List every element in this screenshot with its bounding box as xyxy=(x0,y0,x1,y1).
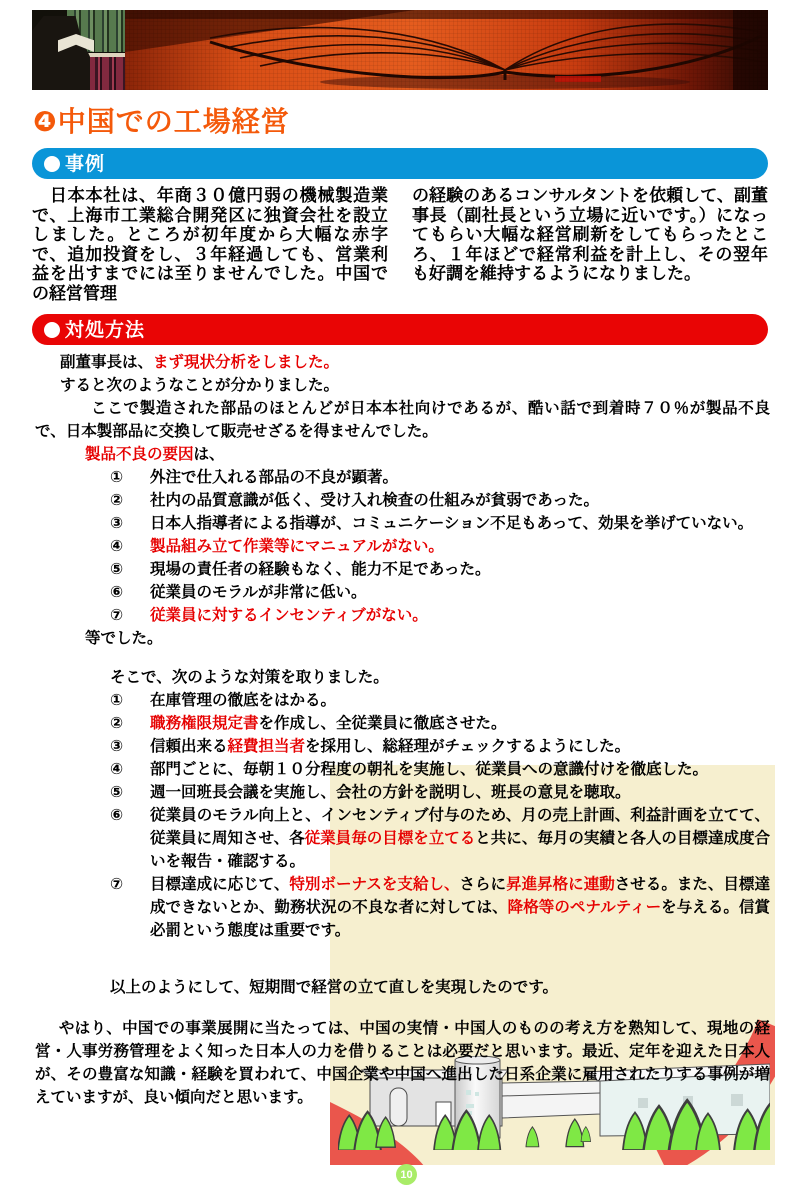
page-title: ❹中国での工場経営 xyxy=(33,100,290,140)
library-photo xyxy=(32,10,125,90)
text-run: 社内の品質意識が低く、受け入れ検査の仕組みが貧弱であった。 xyxy=(150,489,770,512)
item-number: ⑤ xyxy=(110,781,150,804)
list-item: ②社内の品質意識が低く、受け入れ検査の仕組みが貧弱であった。 xyxy=(110,489,770,512)
paragraph: 以上のようにして、短期間で経営の立て直しを実現したのです。 xyxy=(110,976,770,999)
paragraph: そこで、次のような対策を取りました。 xyxy=(110,666,770,689)
text-run: 職務権限規定書を作成し、全従業員に徹底させた。 xyxy=(150,712,770,735)
item-number: ① xyxy=(110,689,150,712)
list-item: ⑥従業員のモラルが非常に低い。 xyxy=(110,581,770,604)
text-run: 以上のようにして、短期間で経営の立て直しを実現したのです。 xyxy=(110,979,558,996)
header-banner-image xyxy=(32,10,768,90)
item-number: ⑥ xyxy=(110,804,150,873)
case-text-columns: 日本本社は、年商３０億円弱の機械製造業で、上海市工業総合開発区に独資会社を設立し… xyxy=(32,186,768,303)
list-item: ①在庫管理の徹底をはかる。 xyxy=(110,689,770,712)
text-run: 現場の責任者の経験もなく、能力不足であった。 xyxy=(150,558,770,581)
item-number: ⑦ xyxy=(110,873,150,942)
page-number-badge: 10 xyxy=(396,1164,417,1185)
paragraph: 製品不良の要因は、 xyxy=(85,443,770,466)
paragraph: ここで製造された部品のほとんどが日本本社向けであるが、酷い話で到着時７０％が製品… xyxy=(35,397,770,443)
item-number: ⑥ xyxy=(110,581,150,604)
case-section-banner: 事例 xyxy=(32,148,768,179)
item-number: ④ xyxy=(110,758,150,781)
case-banner-label: 事例 xyxy=(65,149,105,178)
text-run: 製品不良の要因は、 xyxy=(85,446,225,463)
text-run: 部門ごとに、毎朝１０分程度の朝礼を実施し、従業員への意識付けを徹底した。 xyxy=(150,758,770,781)
measures-banner-label: 対処方法 xyxy=(65,315,145,344)
item-number: ② xyxy=(110,712,150,735)
item-number: ⑤ xyxy=(110,558,150,581)
list-item: ④製品組み立て作業等にマニュアルがない。 xyxy=(110,535,770,558)
list-item: ④部門ごとに、毎朝１０分程度の朝礼を実施し、従業員への意識付けを徹底した。 xyxy=(110,758,770,781)
item-number: ② xyxy=(110,489,150,512)
text-run: 従業員のモラル向上と、インセンティブ付与のため、月の売上計画、利益計画を立てて、… xyxy=(150,804,770,873)
text-run: 従業員に対するインセンティブがない。 xyxy=(150,604,770,627)
case-text-right-column: の経験のあるコンサルタントを依頼して、副董事長（副社長という立場に近いです。）に… xyxy=(412,186,768,303)
open-book-art xyxy=(125,10,768,90)
text-run: 等でした。 xyxy=(85,630,163,647)
list-item: ①外注で仕入れる部品の不良が顕著。 xyxy=(110,466,770,489)
measures-content: 副董事長は、まず現状分析をしました。すると次のようなことが分かりました。 ここで… xyxy=(0,351,800,1109)
case-text-left-column: 日本本社は、年商３０億円弱の機械製造業で、上海市工業総合開発区に独資会社を設立し… xyxy=(32,186,388,303)
list-item: ⑦従業員に対するインセンティブがない。 xyxy=(110,604,770,627)
item-number: ④ xyxy=(110,535,150,558)
bullet-circle-icon xyxy=(44,156,60,172)
list-item: ⑦目標達成に応じて、特別ボーナスを支給し、さらに昇進昇格に連動させる。また、目標… xyxy=(110,873,770,942)
text-run: 目標達成に応じて、特別ボーナスを支給し、さらに昇進昇格に連動させる。また、目標達… xyxy=(150,873,770,942)
list-item: ③信頼出来る経費担当者を採用し、総経理がチェックするようにした。 xyxy=(110,735,770,758)
text-run: そこで、次のような対策を取りました。 xyxy=(110,669,389,686)
list-item: ③日本人指導者による指導が、コミュニケーション不足もあって、効果を挙げていない。 xyxy=(110,512,770,535)
document-page: ❹中国での工場経営 事例 日本本社は、年商３０億円弱の機械製造業で、上海市工業総… xyxy=(0,0,800,1200)
bullet-circle-icon xyxy=(44,322,60,338)
list-item: ⑤週一回班長会議を実施し、会社の方針を説明し、班長の意見を聴取。 xyxy=(110,781,770,804)
text-run: すると次のようなことが分かりました。 xyxy=(60,377,339,394)
list-item: ⑥従業員のモラル向上と、インセンティブ付与のため、月の売上計画、利益計画を立てて… xyxy=(110,804,770,873)
open-book-photo xyxy=(125,10,768,90)
list-item: ⑤現場の責任者の経験もなく、能力不足であった。 xyxy=(110,558,770,581)
text-run: 信頼出来る経費担当者を採用し、総経理がチェックするようにした。 xyxy=(150,735,770,758)
measures-section-banner: 対処方法 xyxy=(32,314,768,345)
item-number: ① xyxy=(110,466,150,489)
item-number: ③ xyxy=(110,735,150,758)
paragraph: すると次のようなことが分かりました。 xyxy=(60,374,770,397)
text-run: 週一回班長会議を実施し、会社の方針を説明し、班長の意見を聴取。 xyxy=(150,781,770,804)
text-run: 製品組み立て作業等にマニュアルがない。 xyxy=(150,535,770,558)
paragraph: 等でした。 xyxy=(85,627,770,650)
text-run: やはり、中国での事業展開に当たっては、中国の実情・中国人のものの考え方を熟知して… xyxy=(35,1020,770,1106)
text-run: ここで製造された部品のほとんどが日本本社向けであるが、酷い話で到着時７０％が製品… xyxy=(35,400,770,440)
paragraph: やはり、中国での事業展開に当たっては、中国の実情・中国人のものの考え方を熟知して… xyxy=(35,1017,770,1109)
text-run: 在庫管理の徹底をはかる。 xyxy=(150,689,770,712)
list-item: ②職務権限規定書を作成し、全従業員に徹底させた。 xyxy=(110,712,770,735)
text-run: 日本人指導者による指導が、コミュニケーション不足もあって、効果を挙げていない。 xyxy=(150,512,770,535)
paragraph: 副董事長は、まず現状分析をしました。 xyxy=(60,351,770,374)
text-run: 副董事長は、まず現状分析をしました。 xyxy=(60,354,339,371)
item-number: ⑦ xyxy=(110,604,150,627)
text-run: 外注で仕入れる部品の不良が顕著。 xyxy=(150,466,770,489)
item-number: ③ xyxy=(110,512,150,535)
text-run: 従業員のモラルが非常に低い。 xyxy=(150,581,770,604)
